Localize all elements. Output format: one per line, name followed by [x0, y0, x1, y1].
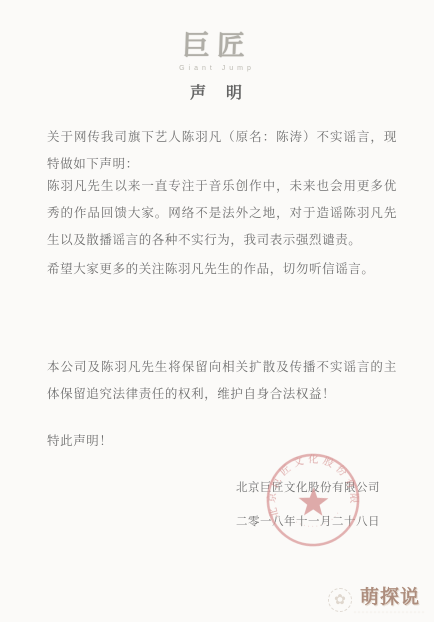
signature-company: 北京巨匠文化股份有限公司	[208, 479, 408, 495]
paragraph-appeal: 希望大家更多的关注陈羽凡先生的作品，切勿听信谣言。	[47, 256, 397, 283]
page-title: 声 明	[0, 80, 434, 103]
watermark-label: 萌探说	[360, 582, 420, 609]
seal-ring	[262, 449, 364, 551]
paragraph-closing: 特此声明！	[47, 428, 397, 455]
watermark-subtext: ··················	[354, 610, 426, 616]
statement-document: 巨匠 Giant Jump 声 明 关于网传我司旗下艺人陈羽凡（原名：陈涛）不实…	[0, 0, 434, 622]
watermark-flower-icon: ✿	[328, 588, 352, 612]
company-seal: 北京巨匠文化股份有限公司 ·············	[258, 445, 369, 556]
paragraph-condemnation: 陈羽凡先生以来一直专注于音乐创作中，未来也会用更多优秀的作品回馈大家。网络不是法…	[47, 173, 397, 254]
logo-wordmark-en: Giant Jump	[0, 65, 434, 72]
paragraph-legal: 本公司及陈羽凡先生将保留向相关扩散及传播不实谣言的主体保留追究法律责任的权利，维…	[47, 354, 397, 408]
paragraph-intro: 关于网传我司旗下艺人陈羽凡（原名：陈涛）不实谣言，现特做如下声明：	[47, 124, 397, 178]
company-logo: 巨匠 Giant Jump	[0, 24, 434, 72]
watermark-badge: ✿ 萌探说 ··················	[328, 582, 426, 616]
logo-wordmark-cn: 巨匠	[181, 24, 252, 64]
signature-date: 二零一八年十一月二十八日	[208, 513, 408, 529]
